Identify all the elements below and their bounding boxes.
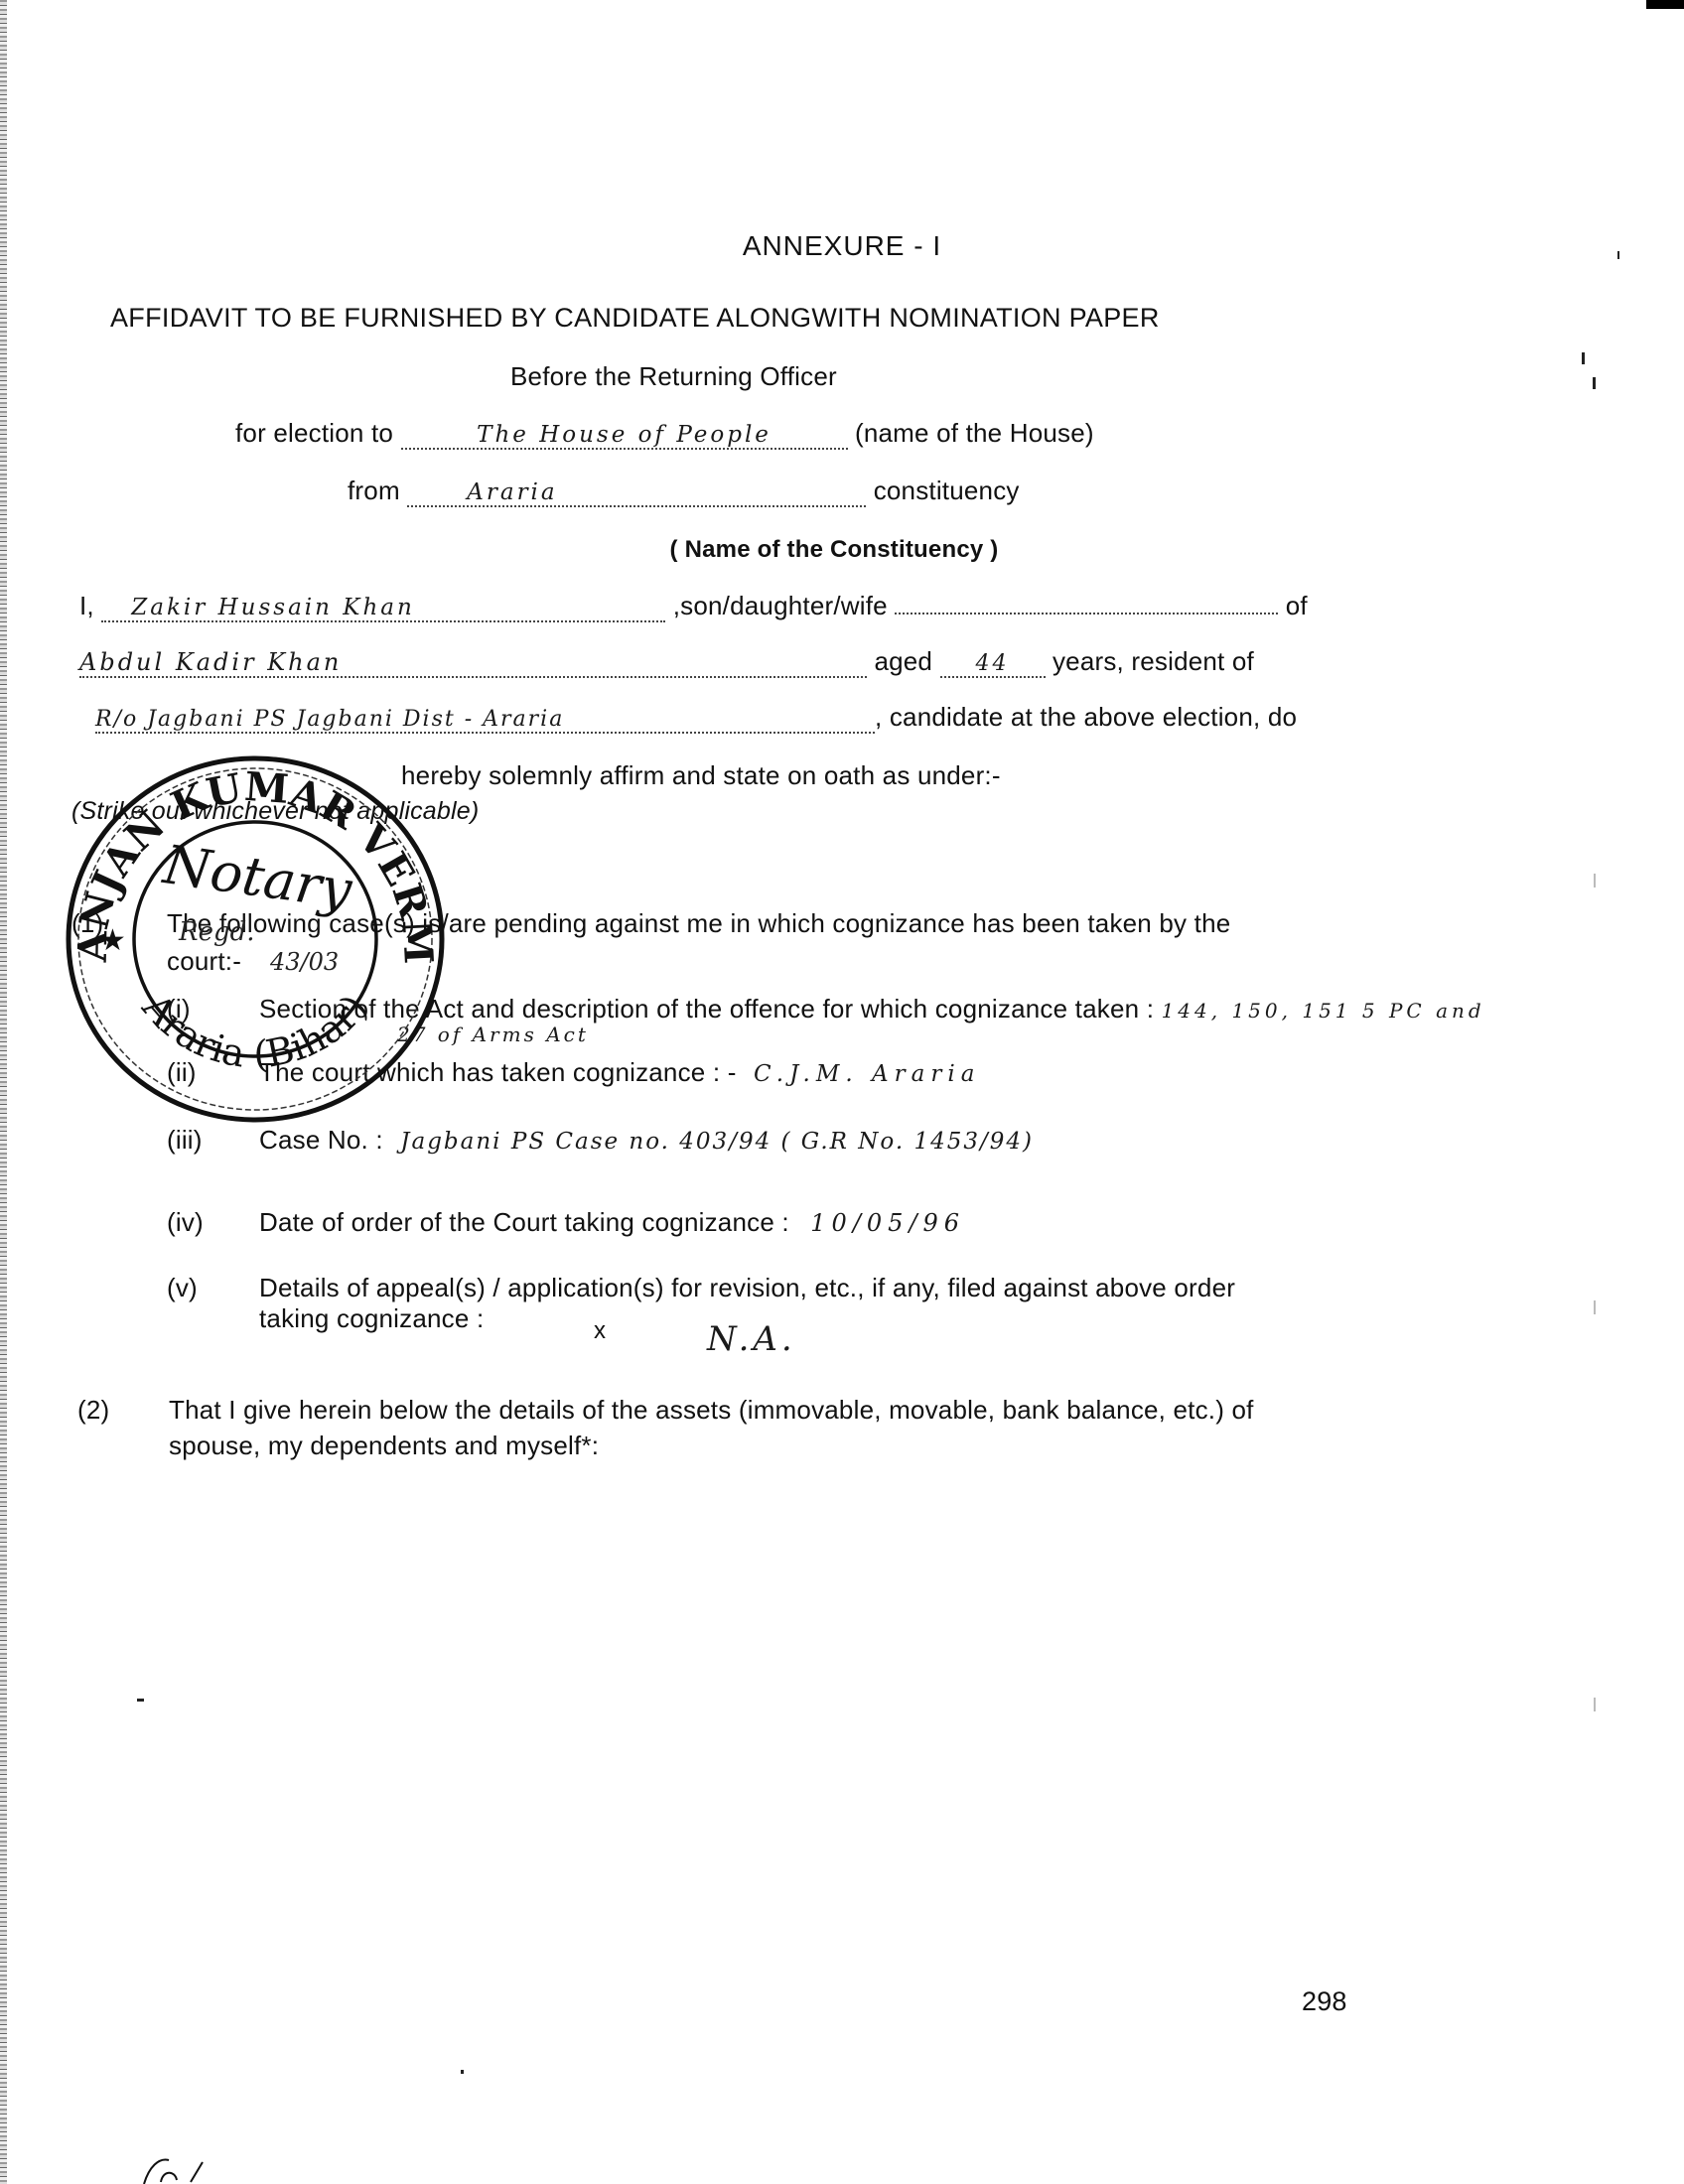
item-v-label-line2: taking cognizance : <box>259 1303 484 1334</box>
address-field[interactable]: R/o Jagbani PS Jagbani Dist - Araria <box>95 707 875 734</box>
section2-text-line2: spouse, my dependents and myself*: <box>169 1431 599 1461</box>
scan-speck <box>1593 377 1596 389</box>
item-v-value[interactable]: N.A. <box>707 1319 796 1359</box>
declarant-line-3: R/o Jagbani PS Jagbani Dist - Araria, ca… <box>95 702 1297 734</box>
constituency-field[interactable]: Araria <box>407 479 866 507</box>
item-ii-value[interactable]: C.J.M. Araria <box>754 1061 980 1087</box>
stamp-reg-label: Regd. <box>178 917 255 947</box>
scan-edge <box>0 0 7 2184</box>
item-iv-row: Date of order of the Court taking cogniz… <box>259 1207 965 1238</box>
scan-corner-mark <box>1646 0 1684 9</box>
item-iv-value[interactable]: 10/05/96 <box>810 1209 965 1237</box>
item-iv-label: Date of order of the Court taking cogniz… <box>259 1207 789 1237</box>
scan-speck <box>1594 874 1596 887</box>
parent-name-field[interactable]: Abdul Kadir Khan <box>79 648 867 678</box>
annexure-title: ANNEXURE - I <box>0 230 1684 262</box>
section2-number: (2) <box>77 1395 109 1426</box>
scan-speck <box>1594 1300 1596 1314</box>
constituency-caption: ( Name of the Constituency ) <box>0 536 1676 564</box>
item-v-label: Details of appeal(s) / application(s) fo… <box>259 1273 1235 1303</box>
election-line: for election to The House of People (nam… <box>235 418 1094 450</box>
affidavit-heading: AFFIDAVIT TO BE FURNISHED BY CANDIDATE A… <box>110 303 1160 334</box>
age-field[interactable]: 44 <box>940 651 1046 678</box>
scan-speck <box>137 1699 144 1702</box>
of-label: of <box>1286 591 1308 620</box>
election-prefix: for election to <box>235 418 393 448</box>
page-number: 298 <box>1302 1986 1347 2017</box>
item-iv-number: (iv) <box>167 1207 204 1238</box>
section2-text-line1: That I give herein below the details of … <box>169 1395 1254 1426</box>
declarant-prefix: I, <box>79 591 94 620</box>
declarant-name-field[interactable]: Zakir Hussain Khan <box>101 595 665 622</box>
candidate-label: , candidate at the above election, do <box>875 702 1297 732</box>
item-iii-number: (iii) <box>167 1125 203 1156</box>
stamp-outer-bottom-text: Araria (Bihar) <box>133 985 376 1076</box>
signature-initials <box>139 2152 218 2184</box>
stamp-star-icon: ★ <box>99 924 126 957</box>
constituency-line: from Araria constituency <box>348 476 1020 507</box>
relation-label: ,son/daughter/wife <box>673 591 888 620</box>
declarant-line-1: I, Zakir Hussain Khan ,son/daughter/wife… <box>79 591 1308 622</box>
subheading: Before the Returning Officer <box>510 361 837 392</box>
item-i-value[interactable]: 144, 150, 151 5 PC and <box>1162 999 1485 1023</box>
house-name-field[interactable]: The House of People <box>401 422 848 450</box>
scan-speck <box>461 2070 464 2074</box>
item-iii-label: Case No. : <box>259 1125 383 1155</box>
oath-line: hereby solemnly affirm and state on oath… <box>401 760 1001 791</box>
aged-label: aged <box>874 646 932 676</box>
item-v-mark: x <box>594 1317 606 1345</box>
stamp-reg-number: 43/03 <box>269 948 339 976</box>
election-suffix: (name of the House) <box>855 418 1094 448</box>
item-iii-row: Case No. : Jagbani PS Case no. 403/94 ( … <box>259 1125 1034 1156</box>
declarant-line-2: Abdul Kadir Khan aged 44 years, resident… <box>79 646 1254 678</box>
constituency-prefix: from <box>348 476 400 505</box>
notary-stamp: RANJAN KUMAR VERMA Araria (Bihar) ★ Nota… <box>62 751 449 1127</box>
scan-speck <box>1594 1698 1596 1711</box>
item-v-number: (v) <box>167 1273 198 1303</box>
relation-field[interactable] <box>895 613 1278 614</box>
constituency-suffix: constituency <box>874 476 1020 505</box>
scan-speck <box>1617 251 1619 259</box>
scan-speck <box>1582 352 1585 364</box>
item-iii-value[interactable]: Jagbani PS Case no. 403/94 ( G.R No. 145… <box>400 1129 1034 1155</box>
years-label: years, resident of <box>1052 646 1254 676</box>
